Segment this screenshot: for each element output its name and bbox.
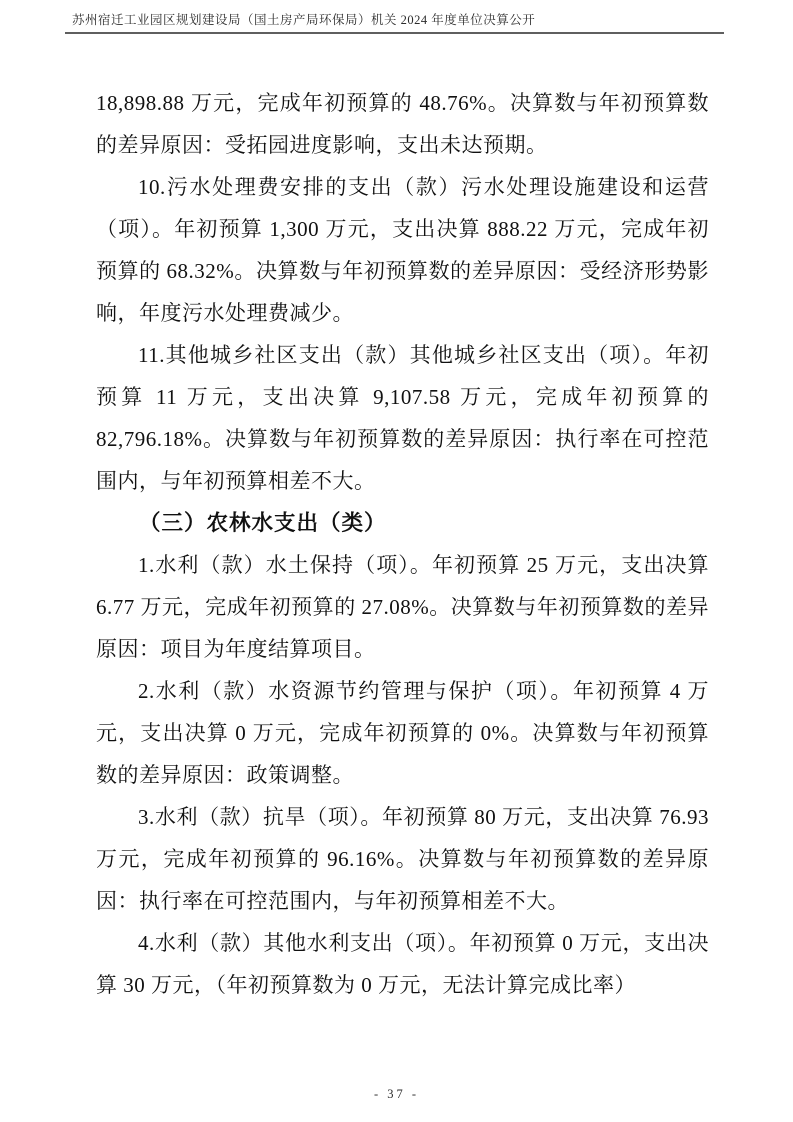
header-title: 苏州宿迁工业园区规划建设局（国土房产局环保局）机关 2024 年度单位决算公开 — [65, 12, 724, 28]
paragraph-continuation: 18,898.88 万元，完成年初预算的 48.76%。决算数与年初预算数的差异… — [96, 82, 709, 166]
paragraph-item-2: 2.水利（款）水资源节约管理与保护（项）。年初预算 4 万元，支出决算 0 万元… — [96, 670, 709, 796]
document-body: 18,898.88 万元，完成年初预算的 48.76%。决算数与年初预算数的差异… — [96, 82, 709, 1006]
page-number: - 37 - — [374, 1087, 419, 1101]
paragraph-item-11: 11.其他城乡社区支出（款）其他城乡社区支出（项）。年初预算 11 万元，支出决… — [96, 334, 709, 502]
paragraph-item-3: 3.水利（款）抗旱（项）。年初预算 80 万元，支出决算 76.93 万元，完成… — [96, 796, 709, 922]
paragraph-item-4: 4.水利（款）其他水利支出（项）。年初预算 0 万元，支出决算 30 万元，（年… — [96, 922, 709, 1006]
paragraph-item-10: 10.污水处理费安排的支出（款）污水处理设施建设和运营（项）。年初预算 1,30… — [96, 166, 709, 334]
page-header: 苏州宿迁工业园区规划建设局（国土房产局环保局）机关 2024 年度单位决算公开 — [65, 12, 724, 34]
paragraph-item-1: 1.水利（款）水土保持（项）。年初预算 25 万元，支出决算 6.77 万元，完… — [96, 544, 709, 670]
section-heading: （三）农林水支出（类） — [96, 502, 709, 544]
page-footer: - 37 - — [0, 1085, 793, 1103]
document-page: 苏州宿迁工业园区规划建设局（国土房产局环保局）机关 2024 年度单位决算公开 … — [0, 0, 793, 1122]
